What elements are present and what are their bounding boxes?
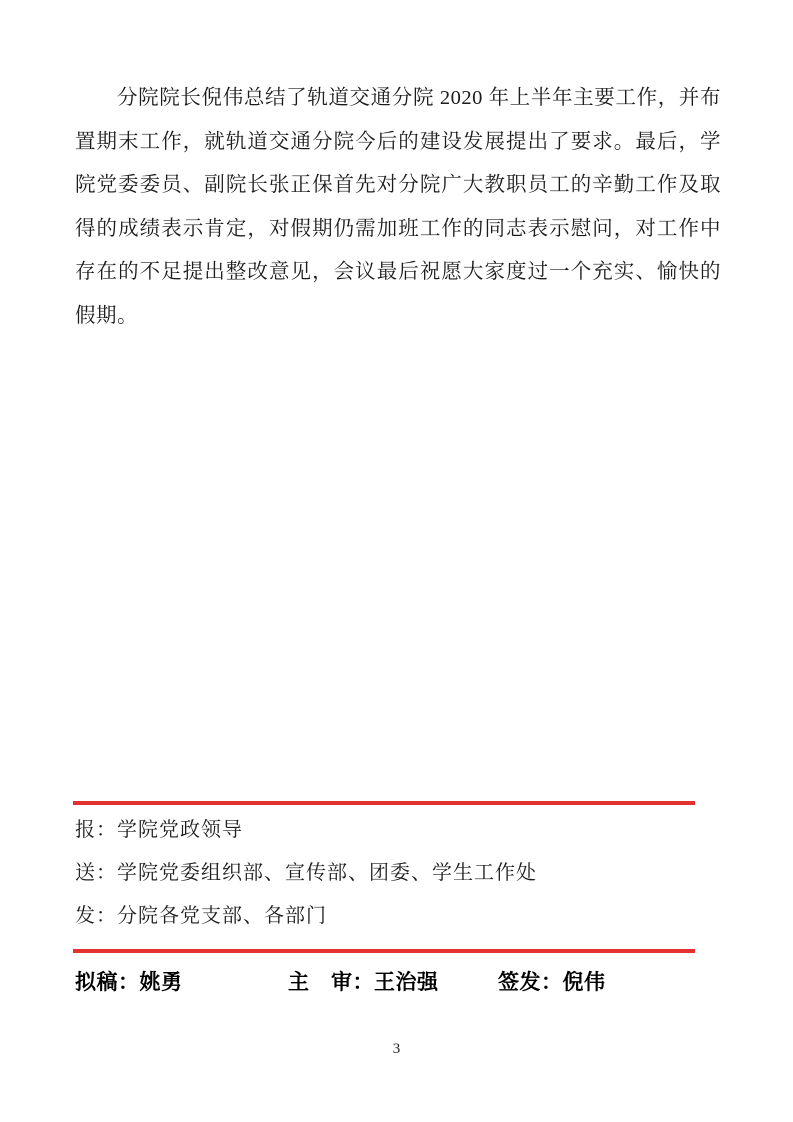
page-number: 3 [0,1038,793,1060]
separator-rule-top [73,801,695,805]
paragraph-line: 存在的不足提出整改意见，会议最后祝愿大家度过一个充实、愉快的 [75,251,721,295]
separator-rule-bottom [73,949,695,953]
paragraph-line: 院党委委员、副院长张正保首先对分院广大教职员工的辛勤工作及取 [75,164,721,208]
drafter-label: 拟稿： [75,971,140,994]
body-paragraph: 分院院长倪伟总结了轨道交通分院 2020 年上半年主要工作，并布 置期末工作，就… [75,77,721,338]
distribution-list: 报：学院党政领导 送：学院党委组织部、宣传部、团委、学生工作处 发：分院各党支部… [75,809,721,939]
issuer-label: 签发： [498,971,563,994]
paragraph-line: 置期末工作，就轨道交通分院今后的建设发展提出了要求。最后，学 [75,121,721,165]
drafter-field: 拟稿：姚勇 [75,968,183,998]
chief-reviewer-name: 王治强 [374,971,439,994]
paragraph-line: 假期。 [75,295,721,339]
distribution-line-report: 报：学院党政领导 [75,809,721,852]
issuer-name: 倪伟 [563,971,606,994]
paragraph-line: 得的成绩表示肯定，对假期仍需加班工作的同志表示慰问，对工作中 [75,208,721,252]
distribution-line-issue: 发：分院各党支部、各部门 [75,895,721,938]
signoff-row: 拟稿：姚勇 主 审：王治强 签发：倪伟 [75,968,721,998]
chief-reviewer-field: 主 审：王治强 [288,968,439,998]
chief-reviewer-label: 主 审： [288,971,374,994]
document-page: 分院院长倪伟总结了轨道交通分院 2020 年上半年主要工作，并布 置期末工作，就… [0,0,793,1122]
paragraph-line: 分院院长倪伟总结了轨道交通分院 2020 年上半年主要工作，并布 [75,77,721,121]
distribution-line-send: 送：学院党委组织部、宣传部、团委、学生工作处 [75,852,721,895]
drafter-name: 姚勇 [140,971,183,994]
issuer-field: 签发：倪伟 [498,968,606,998]
